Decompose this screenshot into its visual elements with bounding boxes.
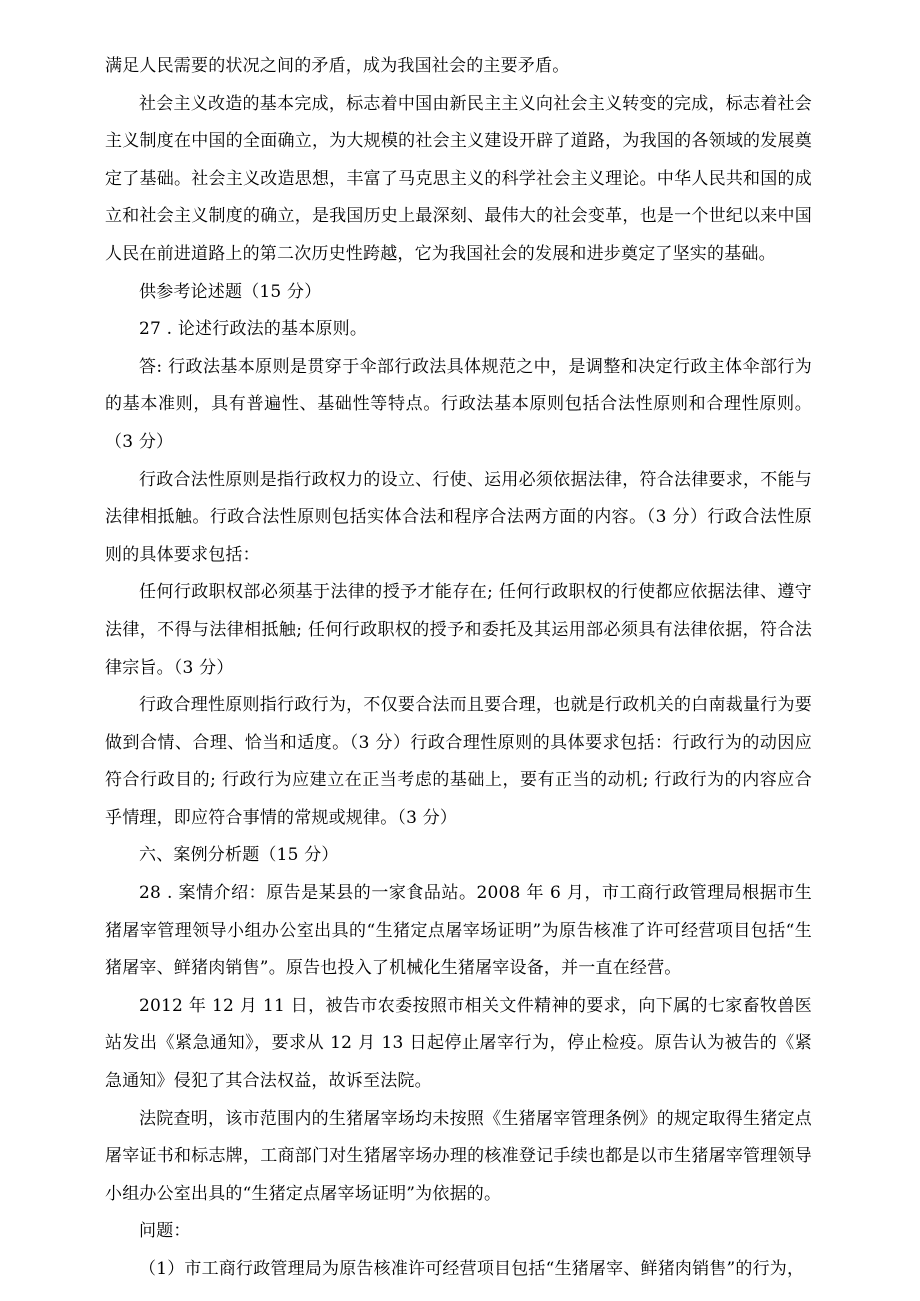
paragraph: 2012 年 12 月 11 日，被告市农委按照市相关文件精神的要求，向下属的七… (105, 988, 812, 1101)
paragraph: 满足人民需要的状况之间的矛盾，成为我国社会的主要矛盾。 (105, 48, 812, 86)
document-body: 满足人民需要的状况之间的矛盾，成为我国社会的主要矛盾。社会主义改造的基本完成，标… (105, 48, 812, 1289)
paragraph: 28 . 案情介绍：原告是某县的一家食品站。2008 年 6 月，市工商行政管理… (105, 875, 812, 988)
paragraph: 法院查明，该市范围内的生猪屠宰场均未按照《生猪屠宰管理条例》的规定取得生猪定点屠… (105, 1101, 812, 1214)
paragraph: 六、案例分析题（15 分） (105, 837, 812, 875)
paragraph: 27 . 论述行政法的基本原则。 (105, 311, 812, 349)
paragraph: 任何行政职权部必须基于法律的授予才能存在; 任何行政职权的行使都应依据法律、遵守… (105, 574, 812, 687)
paragraph: 社会主义改造的基本完成，标志着中国由新民主主义向社会主义转变的完成，标志着社会主… (105, 86, 812, 274)
paragraph: 行政合理性原则指行政行为，不仅要合法而且要合理，也就是行政机关的白南裁量行为要做… (105, 687, 812, 837)
paragraph: 供参考论述题（15 分） (105, 274, 812, 312)
paragraph: 答: 行政法基本原则是贯穿于伞部行政法具体规范之中，是调整和决定行政主体伞部行为… (105, 349, 812, 462)
paragraph: 问题： (105, 1213, 812, 1251)
paragraph: （1）市工商行政管理局为原告核准许可经营项目包括“生猪屠宰、鲜猪肉销售”的行为， (105, 1251, 812, 1289)
document-page: 满足人民需要的状况之间的矛盾，成为我国社会的主要矛盾。社会主义改造的基本完成，标… (0, 0, 920, 1301)
paragraph: 行政合法性原则是指行政权力的设立、行使、运用必须依据法律，符合法律要求，不能与法… (105, 462, 812, 575)
